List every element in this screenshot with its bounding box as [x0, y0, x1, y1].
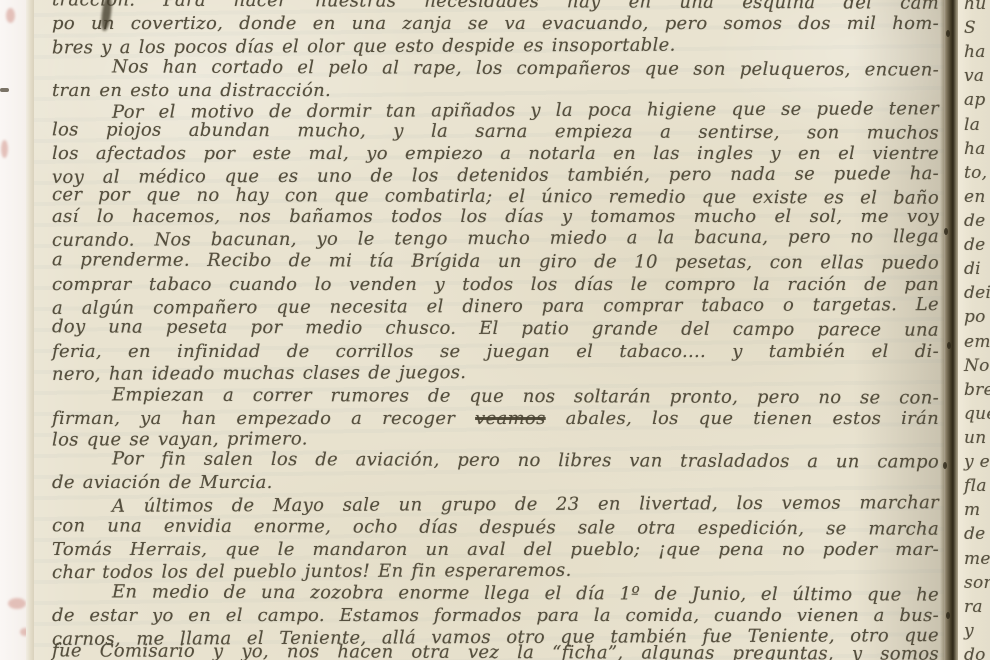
next-page-sliver: huShavaaplahato,endededideipoemNobrequeu… — [958, 0, 990, 660]
next-page-fragment: No — [964, 358, 990, 375]
gutter-speck — [946, 612, 950, 619]
manuscript-line: bres y a los pocos días el olor que esto… — [52, 35, 676, 59]
manuscript-line: así lo hacemos, nos bañamos todos los dí… — [52, 206, 939, 227]
next-page-fragment: son — [964, 575, 990, 592]
next-page-fragment: to, — [964, 165, 990, 182]
gutter-speck — [943, 462, 947, 469]
manuscript-line: po un covertizo, donde en una zanja se v… — [52, 13, 939, 34]
diary-page: tracción. Para hacer nuestras necesidade… — [34, 0, 944, 660]
next-page-fragment: di — [964, 261, 990, 278]
manuscript-line: comprar tabaco cuando lo venden y todos … — [52, 274, 939, 295]
gutter-speck — [944, 228, 948, 235]
manuscript-photo: tracción. Para hacer nuestras necesidade… — [0, 0, 990, 660]
manuscript-line: a algún compañero que necesita el dinero… — [52, 294, 939, 319]
line-text: abales, los que tienen estos irán — [546, 408, 939, 429]
manuscript-line: Tomás Herrais, que le mandaron un aval d… — [52, 539, 939, 560]
next-page-fragment: que — [964, 406, 990, 423]
next-page-fragment: bre — [964, 382, 990, 399]
manuscript-line: firman, ya han empezado a recoger veamos… — [52, 408, 939, 429]
next-page-fragment: y — [964, 623, 990, 640]
next-page-fragment: dei — [964, 285, 990, 302]
manuscript-line: los piojos abundan mucho, y la sarna emp… — [52, 119, 939, 143]
pink-stain — [6, 8, 15, 23]
next-page-fragment: ha — [964, 44, 990, 61]
line-text: firman, ya han empezado a recoger — [52, 408, 475, 429]
next-page-fragment: va — [964, 68, 990, 85]
next-page-text-fragments: huShavaaplahato,endededideipoemNobrequeu… — [964, 0, 990, 660]
manuscript-line: fue Comisario y yo, nos hacen otra vez l… — [52, 640, 939, 660]
next-page-fragment: do — [964, 647, 990, 660]
manuscript-line: a prenderme. Recibo de mi tía Brígida un… — [52, 249, 939, 273]
next-page-fragment: S — [964, 20, 990, 37]
book-gutter-shadow — [940, 0, 960, 660]
manuscript-line: Empiezan a correr rumores de que nos sol… — [112, 384, 939, 408]
pink-stain — [1, 140, 8, 158]
gutter-speck — [947, 342, 951, 349]
manuscript-line: char todos los del pueblo juntos! En fin… — [52, 560, 572, 583]
manuscript-line: con una envidia enorme, ocho días despué… — [52, 515, 939, 539]
manuscript-line: doy una peseta por medio chusco. El pati… — [52, 316, 939, 340]
next-page-fragment: fla — [964, 478, 990, 495]
manuscript-line: Nos han cortado el pelo al rape, los com… — [112, 56, 939, 80]
next-page-fragment: un — [964, 430, 990, 447]
next-page-fragment: po — [964, 309, 990, 326]
next-page-fragment: m — [964, 502, 990, 519]
manuscript-line: de estar yo en el campo. Estamos formado… — [52, 605, 939, 626]
manuscript-line: los que se vayan, primero. — [52, 428, 308, 450]
crossed-out-word: veamos — [475, 408, 546, 429]
book-left-margin — [0, 0, 26, 660]
next-page-fragment: la — [964, 117, 990, 134]
next-page-fragment: hu — [964, 0, 990, 13]
next-page-fragment: y e — [964, 454, 990, 471]
manuscript-line: los afectados por este mal, yo empiezo a… — [52, 143, 939, 164]
manuscript-line: A últimos de Mayo sale un grupo de 23 en… — [112, 492, 939, 517]
margin-dash-mark — [0, 88, 9, 92]
manuscript-line: curando. Nos bacunan, yo le tengo mucho … — [52, 226, 939, 251]
pink-stain — [8, 598, 26, 609]
next-page-fragment: de — [964, 213, 990, 230]
page-edge — [26, 0, 34, 660]
gutter-speck — [946, 30, 950, 37]
manuscript-line: tran en esto una distracción. — [52, 80, 331, 101]
next-page-fragment: de — [964, 237, 990, 254]
manuscript-line: feria, en infinidad de corrillos se jueg… — [52, 341, 939, 362]
next-page-fragment: ra — [964, 599, 990, 616]
manuscript-line: En medio de una zozobra enorme llega el … — [112, 581, 939, 605]
manuscript-line: Por fin salen los de aviación, pero no l… — [112, 448, 939, 472]
manuscript-line: tracción. Para hacer nuestras necesidade… — [52, 0, 939, 14]
next-page-fragment: me — [964, 551, 990, 568]
next-page-fragment: em — [964, 334, 990, 351]
next-page-fragment: ha — [964, 141, 990, 158]
next-page-fragment: ap — [964, 92, 990, 109]
next-page-fragment: en — [964, 189, 990, 206]
manuscript-line: nero, han ideado muchas clases de juegos… — [52, 362, 466, 385]
manuscript-line: de aviación de Murcia. — [52, 472, 273, 493]
next-page-fragment: de — [964, 526, 990, 543]
